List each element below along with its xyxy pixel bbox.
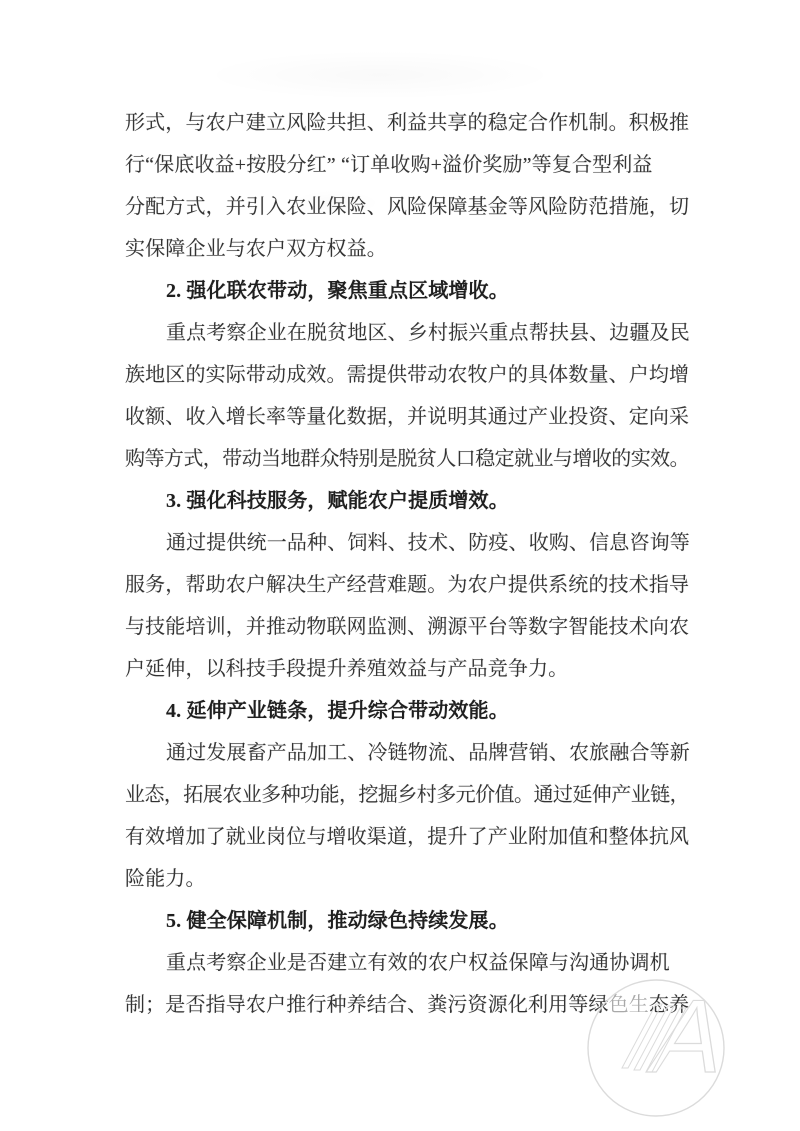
text-line: 业态，拓展农业多种功能，挖掘乡村多元价值。通过延伸产业链，	[125, 774, 725, 816]
text-line: 通过发展畜产品加工、冷链物流、品牌营销、农旅融合等新	[125, 732, 725, 774]
text-segment: 制；是否指导农户推行种养结合、粪污资源化利用等绿	[125, 994, 609, 1016]
scan-smudge	[200, 50, 560, 100]
text-segment: 态养	[649, 994, 689, 1016]
text-line: 行“保底收益+按股分红” “订单收购+溢价奖励”等复合型利益	[125, 144, 725, 186]
document-page: 形式，与农户建立风险共担、利益共享的稳定合作机制。积极推 行“保底收益+按股分红…	[0, 0, 800, 1131]
text-line: 分配方式，并引入农业保险、风险保障基金等风险防范措施，切	[125, 186, 725, 228]
text-line: 收额、收入增长率等量化数据，并说明其通过产业投资、定向采	[125, 396, 725, 438]
text-line: 服务，帮助农户解决生产经营难题。为农户提供系统的技术指导	[125, 564, 725, 606]
text-line: 制；是否指导农户推行种养结合、粪污资源化利用等绿色生态养	[125, 984, 725, 1026]
document-body: 形式，与农户建立风险共担、利益共享的稳定合作机制。积极推 行“保底收益+按股分红…	[125, 102, 725, 1026]
text-line: 有效增加了就业岗位与增收渠道，提升了产业附加值和整体抗风	[125, 816, 725, 858]
text-line: 实保障企业与农户双方权益。	[125, 228, 725, 270]
text-line: 险能力。	[125, 858, 725, 900]
text-line: 族地区的实际带动成效。需提供带动农牧户的具体数量、户均增	[125, 354, 725, 396]
faded-text-segment: 色生	[609, 994, 649, 1016]
text-line: 购等方式，带动当地群众特别是脱贫人口稳定就业与增收的实效。	[125, 438, 725, 480]
text-line: 重点考察企业在脱贫地区、乡村振兴重点帮扶县、边疆及民	[125, 312, 725, 354]
text-line: 重点考察企业是否建立有效的农户权益保障与沟通协调机	[125, 942, 725, 984]
section-heading-2: 2. 强化联农带动，聚焦重点区域增收。	[125, 270, 725, 312]
section-heading-5: 5. 健全保障机制，推动绿色持续发展。	[125, 900, 725, 942]
section-heading-3: 3. 强化科技服务，赋能农户提质增效。	[125, 480, 725, 522]
section-heading-4: 4. 延伸产业链条，提升综合带动效能。	[125, 690, 725, 732]
text-line: 形式，与农户建立风险共担、利益共享的稳定合作机制。积极推	[125, 102, 725, 144]
text-line: 与技能培训，并推动物联网监测、溯源平台等数字智能技术向农	[125, 606, 725, 648]
text-line: 户延伸，以科技手段提升养殖效益与产品竞争力。	[125, 648, 725, 690]
text-line: 通过提供统一品种、饲料、技术、防疫、收购、信息咨询等	[125, 522, 725, 564]
